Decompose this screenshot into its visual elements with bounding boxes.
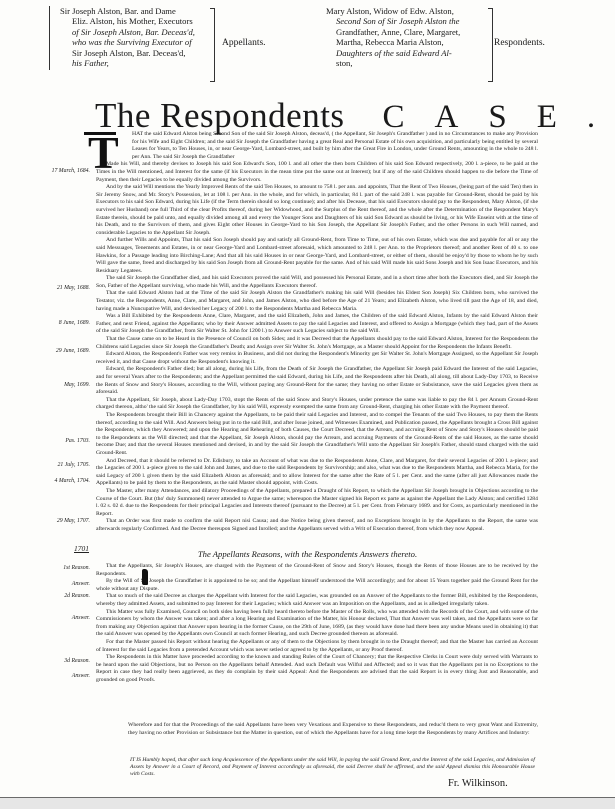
paragraph: That an Order was first made to confirm … bbox=[96, 518, 538, 533]
closing-paragraph: Wherefore and for that the Proceedings o… bbox=[128, 722, 538, 737]
margin-date: 8 June, 1689. bbox=[44, 320, 90, 327]
appellants-names: Sir Joseph Alston, Bar. and Dame Eliz. A… bbox=[60, 6, 210, 68]
appellants-label: Appellants. bbox=[222, 38, 266, 48]
paragraph: And by the said Will mentions the Yearly… bbox=[96, 184, 538, 237]
appellants-line: Sir Joseph Alston, Bar. and Dame bbox=[60, 6, 210, 16]
margin-date: 4 March, 1704. bbox=[44, 478, 90, 485]
paragraph: The said Sir Joseph the Grandfather died… bbox=[96, 275, 538, 290]
respondents-line: Daughters of the said Edward Al- bbox=[326, 48, 488, 58]
appellants-line: his Father, bbox=[60, 58, 210, 68]
paragraph: And Decreed, that it should be referred … bbox=[96, 458, 538, 488]
appellants-line: of Sir Joseph Alston, Bar. Deceas'd, bbox=[60, 27, 210, 37]
reason-2: That so much of the said Decree as charg… bbox=[96, 593, 538, 608]
reason-1: That the Appellants, Sir Joseph's Houses… bbox=[96, 563, 538, 578]
answer-1: By the Will of Sir Joseph the Grandfathe… bbox=[96, 578, 538, 593]
margin-date: 17 March, 1684. bbox=[44, 168, 90, 175]
prayer-paragraph: IT IS Humbly hoped, that after such long… bbox=[130, 757, 535, 779]
margin-reason-label: 3d Reason. bbox=[44, 658, 90, 665]
paragraph: Made his Will, and thereby devises to Jo… bbox=[96, 161, 538, 184]
margin-date: Pas. 1703. bbox=[44, 438, 90, 445]
respondents-line: Mary Alston, Widow of Edw. Alston, bbox=[326, 6, 488, 16]
margin-date: May, 1699. bbox=[44, 382, 90, 389]
appellants-line: Eliz. Alston, his Mother, Executors bbox=[60, 16, 210, 26]
answer-2: This Matter was fully Examined, Council … bbox=[96, 609, 538, 639]
respondents-brace bbox=[488, 8, 493, 82]
margin-answer-label: Answer. bbox=[44, 673, 90, 680]
appellants-brace bbox=[210, 8, 215, 82]
respondents-line: Grandfather, Anne, Clare, Margaret, bbox=[326, 27, 488, 37]
paragraph: That the said Edward Alston had at the T… bbox=[96, 290, 538, 313]
margin-date: 21 May, 1688. bbox=[44, 285, 90, 292]
margin-reason-label: 1st Reason. bbox=[44, 565, 90, 572]
title-case: CASE. bbox=[383, 99, 615, 135]
paragraph: And further Wills and Appoints, That his… bbox=[96, 237, 538, 275]
respondents-line: ston, bbox=[326, 58, 488, 68]
margin-date: 29 May, 1707. bbox=[44, 518, 90, 525]
reasons-heading: The Appellants Reasons, with the Respond… bbox=[0, 549, 615, 559]
title-main: The Respondents bbox=[95, 96, 345, 135]
respondents-names: Mary Alston, Widow of Edw. Alston, Secon… bbox=[326, 6, 488, 68]
margin-date: 21 July, 1705. bbox=[44, 462, 90, 469]
appellants-line: Sir Joseph Alston, Bar. Deceas'd, bbox=[60, 48, 210, 58]
paragraph: That the Cause came on to be Heard in th… bbox=[96, 336, 538, 351]
paragraph: That the Appellant, Sir Joseph, about La… bbox=[96, 397, 538, 412]
paragraph: The Master, after many Attendances, and … bbox=[96, 488, 538, 518]
closing-text: Wherefore and for that the Proceedings o… bbox=[128, 722, 538, 737]
paragraph: The Respondents brought their Bill in Ch… bbox=[96, 412, 538, 458]
document-page: Sir Joseph Alston, Bar. and Dame Eliz. A… bbox=[0, 0, 615, 797]
reasons-section: That the Appellants, Sir Joseph's Houses… bbox=[96, 563, 538, 685]
answer-3: The Respondents in this Matter have proc… bbox=[96, 654, 538, 684]
signature: Fr. Wilkinson. bbox=[448, 778, 508, 789]
respondents-line: Martha, Rebecca Maria Alston, bbox=[326, 37, 488, 47]
appellants-line: who was the Surviving Executor of bbox=[60, 37, 210, 47]
margin-answer-label: Answer. bbox=[44, 581, 90, 588]
paragraph: Edward, the Respondent's Father died; bu… bbox=[96, 366, 538, 396]
margin-date: 29 June, 1689. bbox=[44, 348, 90, 355]
respondents-label: Respondents. bbox=[494, 38, 545, 48]
case-body: HAT the said Edward Alston being Second … bbox=[96, 131, 538, 533]
margin-reason-label: 2d Reason. bbox=[44, 593, 90, 600]
paragraph: HAT the said Edward Alston being Second … bbox=[96, 131, 538, 161]
margin-rule bbox=[49, 6, 50, 70]
paragraph: Was a Bill Exhibited by the Respondents … bbox=[96, 313, 538, 336]
respondents-line: Second Son of Sir Joseph Alston the bbox=[326, 16, 488, 26]
paragraph: Edward Alston, the Respondent's Father w… bbox=[96, 351, 538, 366]
reason-3: For that the Master passed his Report wi… bbox=[96, 639, 538, 654]
viewer-bottom-strip bbox=[0, 797, 615, 809]
margin-answer-label: Answer. bbox=[44, 615, 90, 622]
